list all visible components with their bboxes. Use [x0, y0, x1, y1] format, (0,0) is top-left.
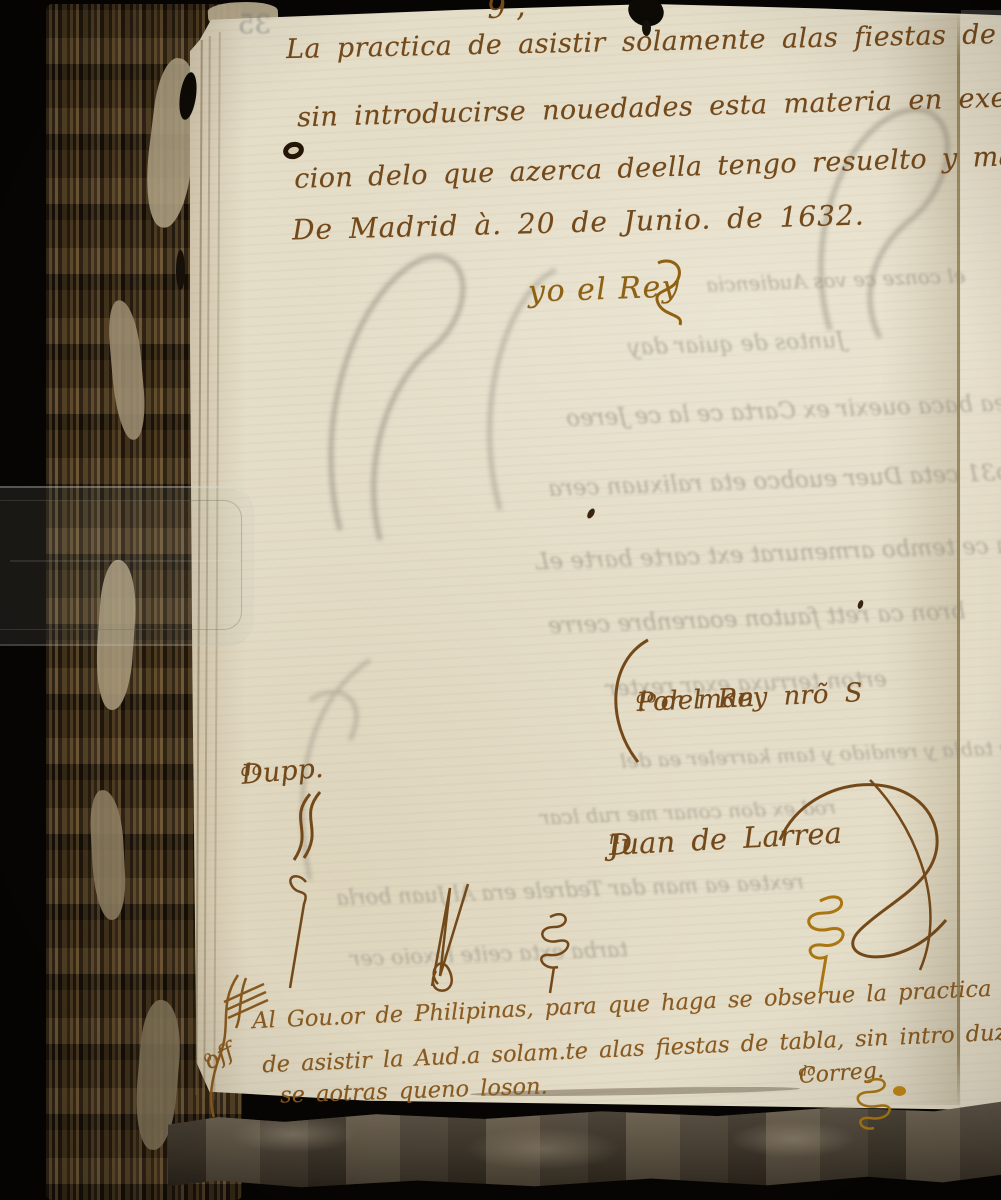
glass-glint [10, 560, 240, 562]
center-flourish [420, 876, 490, 1001]
office-swash [198, 965, 248, 1125]
manuscript-photo: el conze ce vos Audiencia Juntos de quia… [0, 0, 1001, 1200]
countersign-swash [598, 632, 668, 772]
knot-flourish [528, 905, 578, 1000]
larrea-rubric [750, 760, 990, 990]
margin-flourish [276, 868, 326, 1003]
ghost-folio-number: 35 [238, 10, 271, 40]
duplicate-flourish [270, 790, 340, 880]
glass-weight-inner-edge [0, 500, 242, 630]
royal-rubric-flourish [640, 255, 720, 330]
knot-flourish-gold [790, 885, 860, 1000]
ink-blot-tail [642, 20, 651, 36]
edge-damage-hole [176, 250, 185, 290]
stray-ink-marks: 9 , [486, 0, 527, 26]
corrected-knot-flourish [840, 1068, 910, 1143]
corrected-superscript: do [798, 1063, 816, 1080]
duplicate-superscript: do [240, 758, 262, 780]
